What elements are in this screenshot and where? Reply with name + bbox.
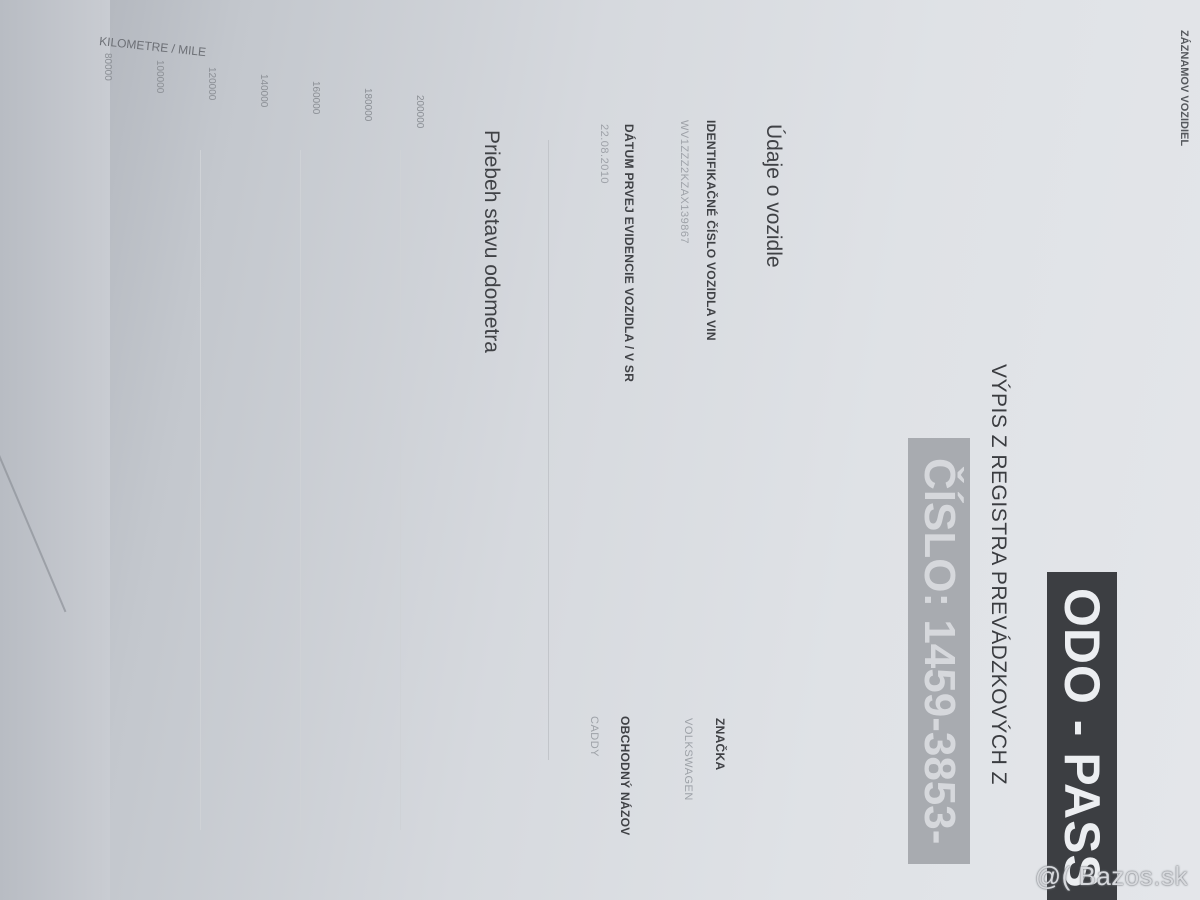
registration-date-label: DÁTUM PRVEJ EVIDENCIE VOZIDLA / V SR bbox=[622, 124, 636, 382]
vin-value: WV1ZZZ2KZAX139867 bbox=[678, 120, 690, 244]
chart-y-tick: 180000 bbox=[362, 88, 373, 121]
chart-gridline bbox=[400, 150, 401, 830]
chart-y-tick: 80000 bbox=[102, 53, 113, 81]
section-divider bbox=[548, 140, 549, 760]
vin-label: IDENTIFIKAČNÉ ČÍSLO VOZIDLA VIN bbox=[704, 120, 718, 341]
document-subtitle: VÝPIS Z REGISTRA PREVÁDZKOVÝCH Z bbox=[986, 364, 1010, 785]
bazos-watermark: @( Bazos.sk bbox=[1035, 861, 1188, 892]
brand-label: ZNAČKA bbox=[713, 718, 727, 770]
chart-y-tick: 100000 bbox=[154, 60, 165, 93]
chart-y-tick: 160000 bbox=[310, 81, 321, 114]
chart-y-tick: 120000 bbox=[206, 67, 217, 100]
odo-pass-badge: ODO - PASS bbox=[1047, 572, 1117, 900]
brand-value: VOLKSWAGEN bbox=[682, 718, 694, 801]
chart-gridline bbox=[300, 150, 301, 830]
vehicle-section-title: Údaje o vozidle bbox=[761, 124, 785, 268]
chart-y-axis-title: KILOMETRE / MILE bbox=[99, 34, 207, 59]
registration-date-value: 22.08.2010 bbox=[598, 124, 610, 184]
model-value: CADDY bbox=[588, 716, 600, 757]
chart-y-tick: 140000 bbox=[258, 74, 269, 107]
document-number: ČÍSLO: 1459-3853- bbox=[908, 438, 970, 864]
odo-pass-document: ODO - PASS ČÍSLO: 1459-3853- VÝPIS Z REG… bbox=[0, 0, 1200, 900]
chart-y-tick: 200000 bbox=[414, 95, 425, 128]
corner-text: ZÁZNAMOV VOZIDIEL bbox=[1178, 30, 1190, 146]
model-label: OBCHODNÝ NÁZOV bbox=[618, 716, 632, 836]
chart-gridline bbox=[200, 150, 201, 830]
odometer-section-title: Priebeh stavu odometra bbox=[479, 130, 503, 353]
